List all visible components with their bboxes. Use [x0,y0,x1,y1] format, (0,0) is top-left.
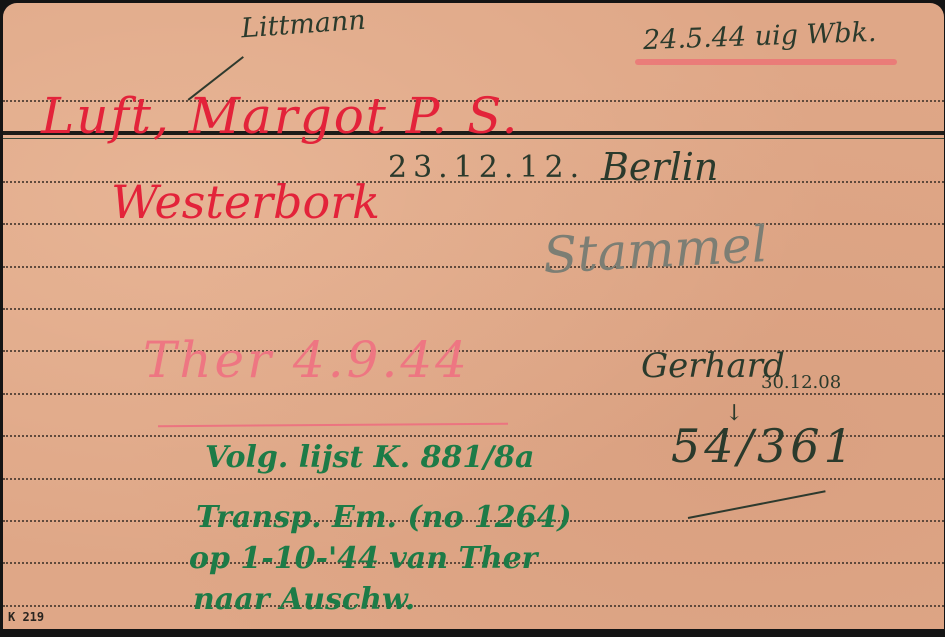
form-code: K 219 [8,610,44,624]
person-name: Luft, Margot P. S. [41,91,519,141]
camp-location: Westerbork [111,179,380,225]
ruled-line [3,393,944,395]
green-note-line-2: Transp. Em. (no 1264) [196,503,572,533]
birth-place: Berlin [601,148,718,186]
birth-date: 23.12.12. [388,153,585,183]
green-note-line-3: op 1-10-'44 van Ther [189,544,538,574]
relation-number: 54/361 [671,423,857,469]
index-card: Littmann 24.5.44 uig Wbk. Luft, Margot P… [3,3,944,629]
ruled-line [3,478,944,480]
green-note-line-4: naar Auschw. [193,585,415,615]
transfer-note: Ther 4.9.44 [143,335,470,385]
ruled-line [3,266,944,268]
date-note-underline [635,59,897,65]
green-note-line-1: Volg. lijst K. 881/8a [205,443,535,473]
transfer-note-underline [158,423,508,427]
ruled-line [3,308,944,310]
relation-date: 30.12.08 [761,374,841,392]
relation-underline [688,490,826,519]
signature: Stammel [542,219,769,281]
annotation-littmann: Littmann [240,7,366,43]
date-note: 24.5.44 uig Wbk. [643,19,877,54]
ruled-line [3,605,944,607]
